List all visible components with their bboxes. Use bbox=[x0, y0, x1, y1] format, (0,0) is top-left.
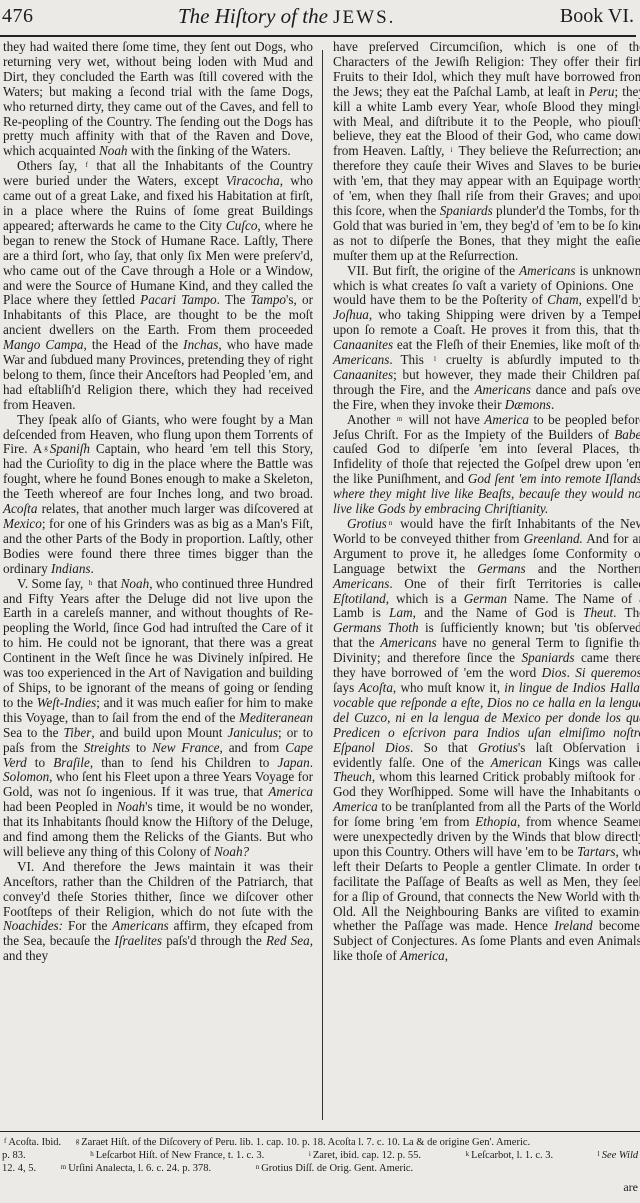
footnote-continuation: p. 83. bbox=[2, 1150, 26, 1161]
footnote-line-2: p. 83. hLeſcarbot Hiſt. of New France, t… bbox=[2, 1149, 640, 1162]
footnote-line-1: fAcoſta. Ibid. gZaraet Hiſt. of the Diſc… bbox=[2, 1136, 640, 1149]
footnote-h: hLeſcarbot Hiſt. of New France, t. 1. c.… bbox=[88, 1150, 264, 1161]
paragraph: Others ſay, f that all the Inhabitants o… bbox=[3, 159, 313, 412]
footnote-f: fAcoſta. Ibid. bbox=[2, 1137, 61, 1148]
paragraph: Another m will not have America to be pe… bbox=[333, 413, 640, 517]
footnote-marker[interactable]: h bbox=[89, 579, 93, 587]
paragraph: Grotiusn would have the firſt Inhabitant… bbox=[333, 517, 640, 964]
column-divider bbox=[322, 50, 323, 1120]
footnote-m: mUrſini Analecta, l. 6. c. 24. p. 378. bbox=[59, 1163, 211, 1174]
footnote-i: iZaret, ibid. cap. 12. p. 55. bbox=[307, 1150, 421, 1161]
left-column: they had waited there ſome time, they ſe… bbox=[3, 40, 313, 964]
header-rule bbox=[0, 35, 636, 37]
running-title-jews: JEWS. bbox=[333, 7, 395, 28]
right-column: have preſerved Circumciſion, which is on… bbox=[333, 40, 640, 964]
footnote-marker[interactable]: f bbox=[86, 161, 88, 169]
running-title: The Hiſtory of the JEWS. bbox=[178, 4, 395, 29]
paragraph: they had waited there ſome time, they ſe… bbox=[3, 40, 313, 159]
page-header: 476 The Hiſtory of the JEWS. Book VI. bbox=[0, 0, 640, 34]
footnote-n: nGrotius Diſſ. de Orig. Gent. Americ. bbox=[254, 1163, 413, 1174]
footnote-marker[interactable]: l bbox=[434, 355, 436, 363]
paragraph: VII. But firſt, the origine of the Ameri… bbox=[333, 264, 640, 413]
running-title-text: The Hiſtory of the bbox=[178, 4, 328, 28]
footnote-l: lSee Wild bbox=[596, 1150, 638, 1161]
footnote-g: gZaraet Hiſt. of the Diſcovery of Peru. … bbox=[74, 1137, 530, 1148]
footnote-line-3: 12. 4, 5. mUrſini Analecta, l. 6. c. 24.… bbox=[2, 1162, 640, 1175]
footnote-marker[interactable]: n bbox=[389, 519, 393, 527]
book-page: 476 The Hiſtory of the JEWS. Book VI. th… bbox=[0, 0, 640, 1203]
paragraph: They ſpeak alſo of Giants, who were foug… bbox=[3, 413, 313, 577]
paragraph: have preſerved Circumciſion, which is on… bbox=[333, 40, 640, 264]
book-label: Book VI. bbox=[560, 5, 634, 28]
footnote-marker[interactable]: g bbox=[44, 444, 48, 452]
footnotes: fAcoſta. Ibid. gZaraet Hiſt. of the Diſc… bbox=[2, 1136, 640, 1175]
footnote-marker[interactable]: m bbox=[397, 415, 402, 423]
page-number: 476 bbox=[2, 5, 34, 28]
paragraph: VI. And therefore the Jews maintain it w… bbox=[3, 860, 313, 964]
footnote-k: kLeſcarbot, l. 1. c. 3. bbox=[464, 1150, 553, 1161]
footnote-marker[interactable]: i bbox=[451, 146, 453, 154]
footnote-continuation: 12. 4, 5. bbox=[2, 1163, 36, 1174]
paragraph: V. Some ſay, h that Noah, who continued … bbox=[3, 577, 313, 860]
catchword: are bbox=[623, 1180, 638, 1195]
footnote-rule bbox=[0, 1131, 640, 1132]
